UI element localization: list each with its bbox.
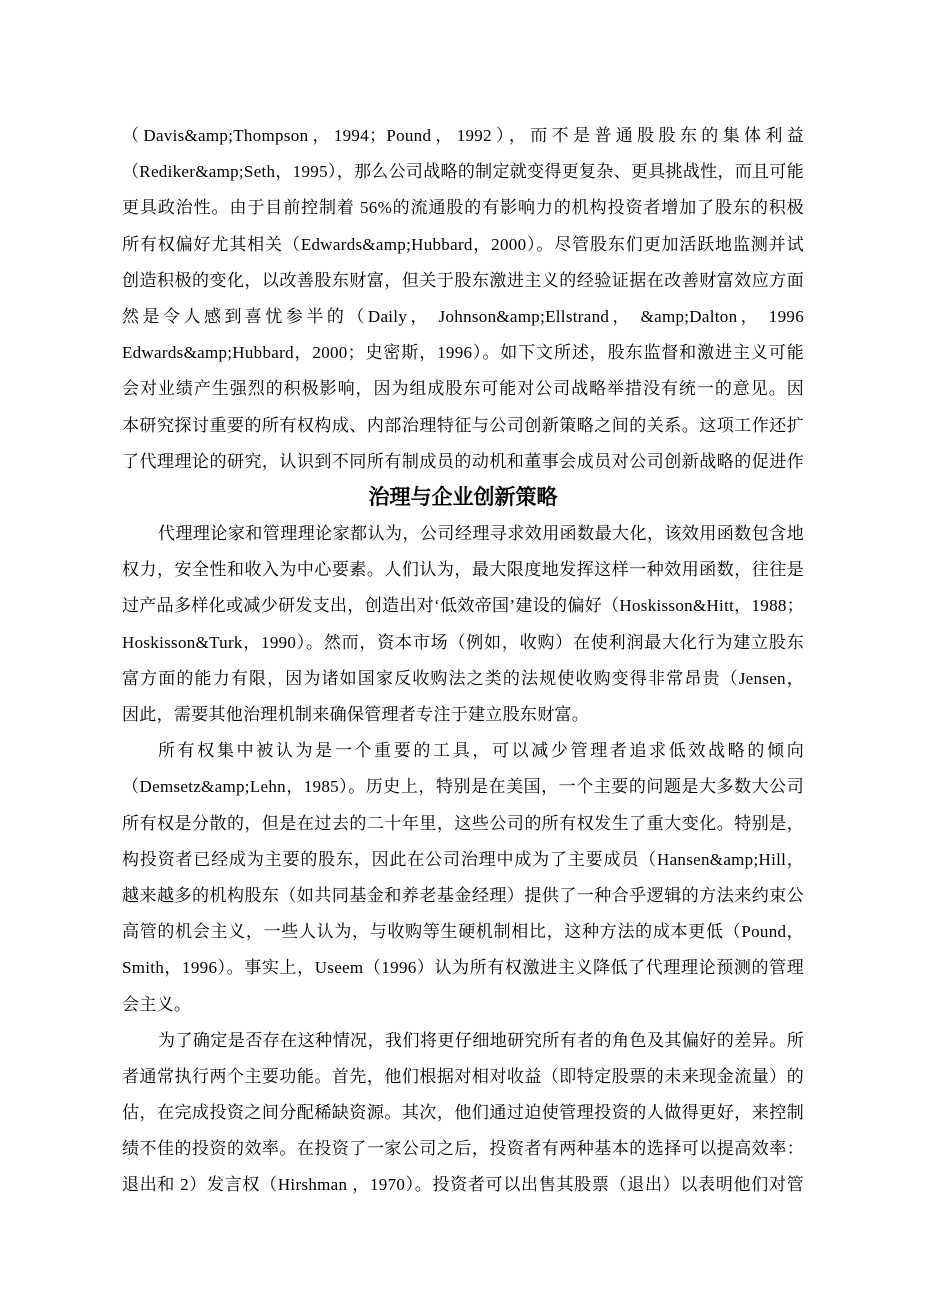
text-line: 权力，安全性和收入为中心要素。人们认为，最大限度地发挥这样一种效用函数，往往是通 bbox=[122, 552, 804, 588]
text-line: Hoskisson&Turk，1990）。然而，资本市场（例如，收购）在使利润最… bbox=[122, 625, 804, 661]
text-line: Edwards&amp;Hubbard，2000；史密斯，1996）。如下文所述… bbox=[122, 335, 804, 371]
text-line: 所有权偏好尤其相关（Edwards&amp;Hubbard，2000）。尽管股东… bbox=[122, 227, 804, 263]
text-line: 本研究探讨重要的所有权构成、内部治理特征与公司创新策略之间的关系。这项工作还扩展 bbox=[122, 408, 804, 444]
section-heading: 治理与企业创新策略 bbox=[122, 480, 804, 516]
text-line: 绩不佳的投资的效率。在投资了一家公司之后，投资者有两种基本的选择可以提高效率：1… bbox=[122, 1131, 804, 1167]
text-line: 然是令人感到喜忧参半的（Daily， Johnson&amp;Ellstrand… bbox=[122, 299, 804, 335]
text-line: 更具政治性。由于目前控制着 56%的流通股的有影响力的机构投资者增加了股东的积极… bbox=[122, 190, 804, 226]
text-line: 高管的机会主义，一些人认为，与收购等生硬机制相比，这种方法的成本更低（Pound… bbox=[122, 914, 804, 950]
text-line: 所有权是分散的，但是在过去的二十年里，这些公司的所有权发生了重大变化。特别是，机 bbox=[122, 806, 804, 842]
text-line: 创造积极的变化，以改善股东财富，但关于股东激进主义的经验证据在改善财富效应方面仍 bbox=[122, 263, 804, 299]
text-line: 退出和 2）发言权（Hirshman ，1970）。投资者可以出售其股票（退出）… bbox=[122, 1167, 804, 1203]
text-line: 为了确定是否存在这种情况，我们将更仔细地研究所有者的角色及其偏好的差异。所有 bbox=[122, 1023, 804, 1059]
text-line: 所有权集中被认为是一个重要的工具，可以减少管理者追求低效战略的倾向 bbox=[122, 733, 804, 769]
text-line: 了代理理论的研究，认识到不同所有制成员的动机和董事会成员对公司创新战略的促进作用… bbox=[122, 444, 804, 480]
text-line: 构投资者已经成为主要的股东，因此在公司治理中成为了主要成员（Hansen&amp… bbox=[122, 842, 804, 878]
text-line: 因此，需要其他治理机制来确保管理者专注于建立股东财富。 bbox=[122, 697, 804, 733]
document-page: （Davis&amp;Thompson，1994；Pound，1992），而不是… bbox=[0, 0, 926, 1309]
text-line: （Demsetz&amp;Lehn，1985）。历史上，特别是在美国，一个主要的… bbox=[122, 769, 804, 805]
text-line: 会对业绩产生强烈的积极影响，因为组成股东可能对公司战略举措没有统一的意见。因此， bbox=[122, 371, 804, 407]
document-body: （Davis&amp;Thompson，1994；Pound，1992），而不是… bbox=[122, 118, 804, 1204]
text-line: 者通常执行两个主要功能。首先，他们根据对相对收益（即特定股票的未来现金流量）的评 bbox=[122, 1059, 804, 1095]
text-line: 估，在完成投资之间分配稀缺资源。其次，他们通过迫使管理投资的人做得更好，来控制业 bbox=[122, 1095, 804, 1131]
text-line: （Davis&amp;Thompson，1994；Pound，1992），而不是… bbox=[122, 118, 804, 154]
text-line: Smith，1996）。事实上，Useem（1996）认为所有权激进主义降低了代… bbox=[122, 950, 804, 986]
text-line: （Rediker&amp;Seth，1995），那么公司战略的制定就变得更复杂、… bbox=[122, 154, 804, 190]
text-line: 会主义。 bbox=[122, 987, 804, 1023]
text-line: 过产品多样化或减少研发支出，创造出对‘低效帝国’建设的偏好（Hoskisson&… bbox=[122, 588, 804, 624]
text-line: 代理理论家和管理理论家都认为，公司经理寻求效用函数最大化，该效用函数包含地位， bbox=[122, 516, 804, 552]
text-line: 富方面的能力有限，因为诸如国家反收购法之类的法规使收购变得非常昂贵（Jensen… bbox=[122, 661, 804, 697]
text-line: 越来越多的机构股东（如共同基金和养老基金经理）提供了一种合乎逻辑的方法来约束公司 bbox=[122, 878, 804, 914]
